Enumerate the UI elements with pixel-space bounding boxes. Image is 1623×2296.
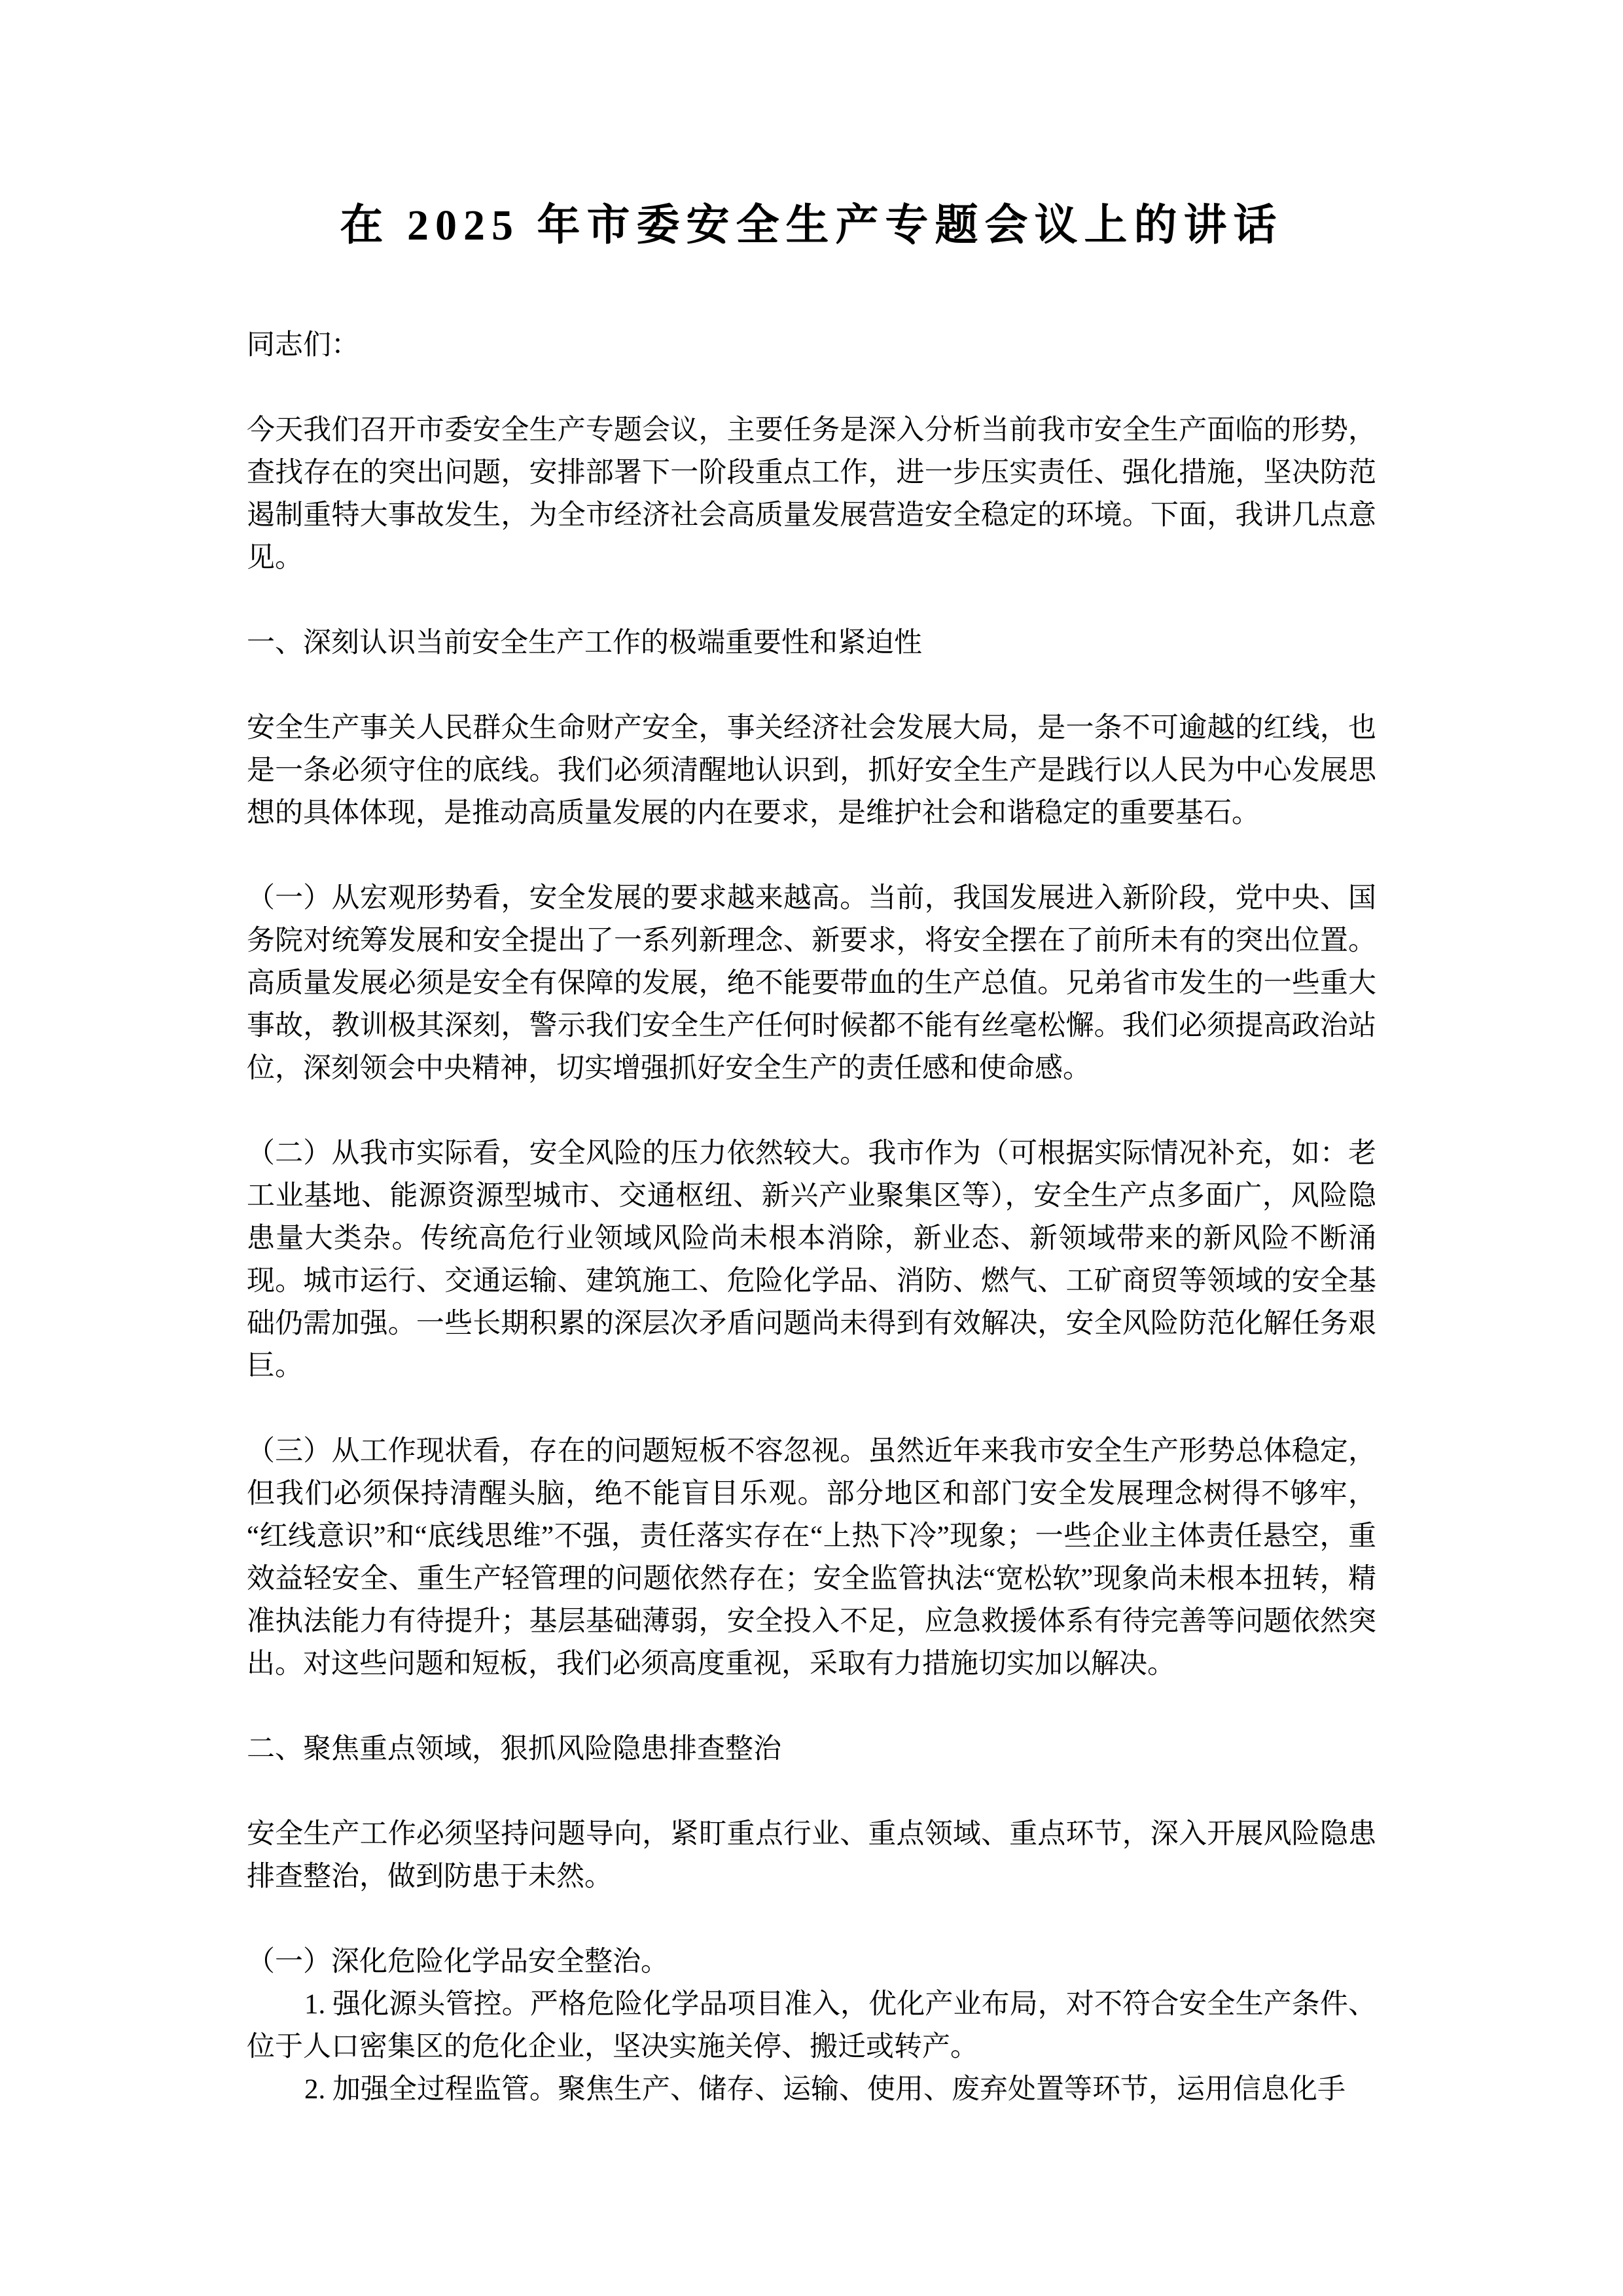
section-2-sub-heading: （一）深化危险化学品安全整治。 — [247, 1941, 1376, 1983]
section-2-lead-paragraph: 安全生产工作必须坚持问题导向，紧盯重点行业、重点领域、重点环节，深入开展风险隐患… — [247, 1813, 1376, 1898]
section-1-paragraph-1: 安全生产事关人民群众生命财产安全，事关经济社会发展大局，是一条不可逾越的红线，也… — [247, 707, 1376, 834]
numbered-item-1: 1. 强化源头管控。严格危险化学品项目准入，优化产业布局，对不符合安全生产条件、… — [247, 1983, 1376, 2068]
document-page: 在 2025 年市委安全生产专题会议上的讲话 同志们： 今天我们召开市委安全生产… — [0, 0, 1623, 2296]
section-1-point-2: （二）从我市实际看，安全风险的压力依然较大。我市作为（可根据实际情况补充，如：老… — [247, 1132, 1376, 1388]
salutation: 同志们： — [247, 324, 1376, 367]
section-1-heading: 一、深刻认识当前安全生产工作的极端重要性和紧迫性 — [247, 622, 1376, 664]
section-2-heading: 二、聚焦重点领域，狠抓风险隐患排查整治 — [247, 1728, 1376, 1770]
numbered-item-2: 2. 加强全过程监管。聚焦生产、储存、运输、使用、废弃处置等环节，运用信息化手 — [247, 2068, 1376, 2111]
intro-paragraph: 今天我们召开市委安全生产专题会议，主要任务是深入分析当前我市安全生产面临的形势，… — [247, 409, 1376, 579]
section-1-point-1: （一）从宏观形势看，安全发展的要求越来越高。当前，我国发展进入新阶段，党中央、国… — [247, 877, 1376, 1090]
section-1-point-3: （三）从工作现状看，存在的问题短板不容忽视。虽然近年来我市安全生产形势总体稳定，… — [247, 1430, 1376, 1685]
document-title: 在 2025 年市委安全生产专题会议上的讲话 — [247, 193, 1376, 259]
